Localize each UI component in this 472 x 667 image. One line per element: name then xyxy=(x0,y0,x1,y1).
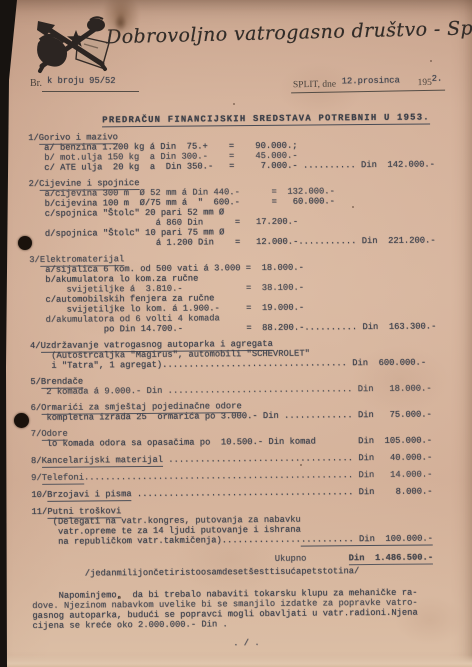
speck xyxy=(430,60,432,62)
year-printed: 195 xyxy=(417,78,431,88)
doc-line: 10/Brzojavi i pisma ....................… xyxy=(31,486,469,500)
doc-line: /jedanmilijončetiristoosamdesetšesttisuć… xyxy=(32,565,470,579)
document-title: PREDRAČUN FINANCIJSKIH SREDSTAVA POTREBN… xyxy=(66,112,466,125)
doc-line-segment: 6/ xyxy=(31,403,42,413)
doc-line-segment: 9/ xyxy=(31,473,42,483)
ref-label: Br. xyxy=(30,78,42,89)
place-label: SPLIT, dne xyxy=(293,80,336,91)
punch-hole xyxy=(18,236,32,250)
reference-number-line: Br.k broju 95/52 xyxy=(30,78,139,92)
document-lines: 1/Gorivo i mazivo a/ benzina 1.200 kg á … xyxy=(28,129,470,650)
doc-line-segment: 1/ xyxy=(28,133,39,143)
doc-line-segment: ........................................… xyxy=(84,469,432,482)
doc-line-segment: .......... Din 100.000.- xyxy=(301,533,433,546)
doc-line-segment: /jedanmilijončetiristoosamdesetšesttisuć… xyxy=(32,566,359,579)
doc-line-segment: Gorivo i mazivo xyxy=(39,132,118,144)
doc-line: 9/Telefoni..............................… xyxy=(31,469,469,483)
year-typed: 2. xyxy=(432,74,443,84)
doc-line-segment: 3/ xyxy=(29,255,40,265)
paper-bottom-edge xyxy=(0,655,472,667)
scanned-document-page: Dobrovoljno vatrogasno društvo - Split B… xyxy=(0,0,472,667)
doc-line-segment: 10/ xyxy=(31,490,47,500)
doc-line: 8/Kancelarijski materijal ..............… xyxy=(31,452,469,466)
doc-line-segment: 5/ xyxy=(30,377,41,387)
date-typed: 12.prosinca xyxy=(342,75,400,86)
scan-edge xyxy=(0,0,20,667)
doc-line-segment: Din 1.486.500.- xyxy=(349,552,434,564)
doc-line-segment: á 1.200 Din = 12.000.-........... Din 22… xyxy=(29,235,436,249)
doc-line-segment: Ormarići za smještaj pojedinačne odore xyxy=(41,401,242,414)
doc-line-segment: ........................................… xyxy=(132,486,433,499)
doc-line-segment: Brzojavi i pisma xyxy=(47,489,132,501)
punch-hole xyxy=(14,413,29,428)
doc-line-segment: 7/ xyxy=(31,429,42,439)
doc-line: Ukupno Din 1.486.500.- xyxy=(32,552,470,566)
doc-line-segment: . / . xyxy=(33,638,260,650)
typed-content: PREDRAČUN FINANCIJSKIH SREDSTAVA POTREBN… xyxy=(28,112,471,650)
ref-number: k broju 95/52 xyxy=(47,76,116,86)
organization-name: Dobrovoljno vatrogasno društvo - Split xyxy=(106,18,462,49)
doc-line-segment: 2 komada á 9.000.- Din .................… xyxy=(30,383,431,397)
doc-line-segment: 4/ xyxy=(30,341,41,351)
doc-line-segment: d/akumulatora od 6 volti 4 komada xyxy=(30,313,220,325)
doc-line: . / . xyxy=(33,636,471,650)
doc-line-segment: cijena se kreće oko 2.000.000.- Din . xyxy=(32,619,227,631)
doc-line-segment: ................................... Din … xyxy=(163,452,432,464)
fire-brigade-emblem-icon xyxy=(32,14,116,78)
doc-line-segment: na republičkom vatr.takmičenja).........… xyxy=(32,535,301,547)
doc-line-segment: 2/ xyxy=(29,179,40,189)
doc-line-segment: 8/ xyxy=(31,456,42,466)
doc-line-segment: Ukupno xyxy=(32,553,349,566)
doc-line-segment: 11/ xyxy=(31,507,47,517)
doc-line-segment: Kancelarijski materijal xyxy=(42,455,164,468)
speck xyxy=(233,103,235,105)
doc-line-segment: Telefoni xyxy=(42,473,84,485)
place-date-line: SPLIT, dne 12.prosinca 1952. xyxy=(291,77,446,94)
doc-line-segment: Odore xyxy=(41,429,68,441)
